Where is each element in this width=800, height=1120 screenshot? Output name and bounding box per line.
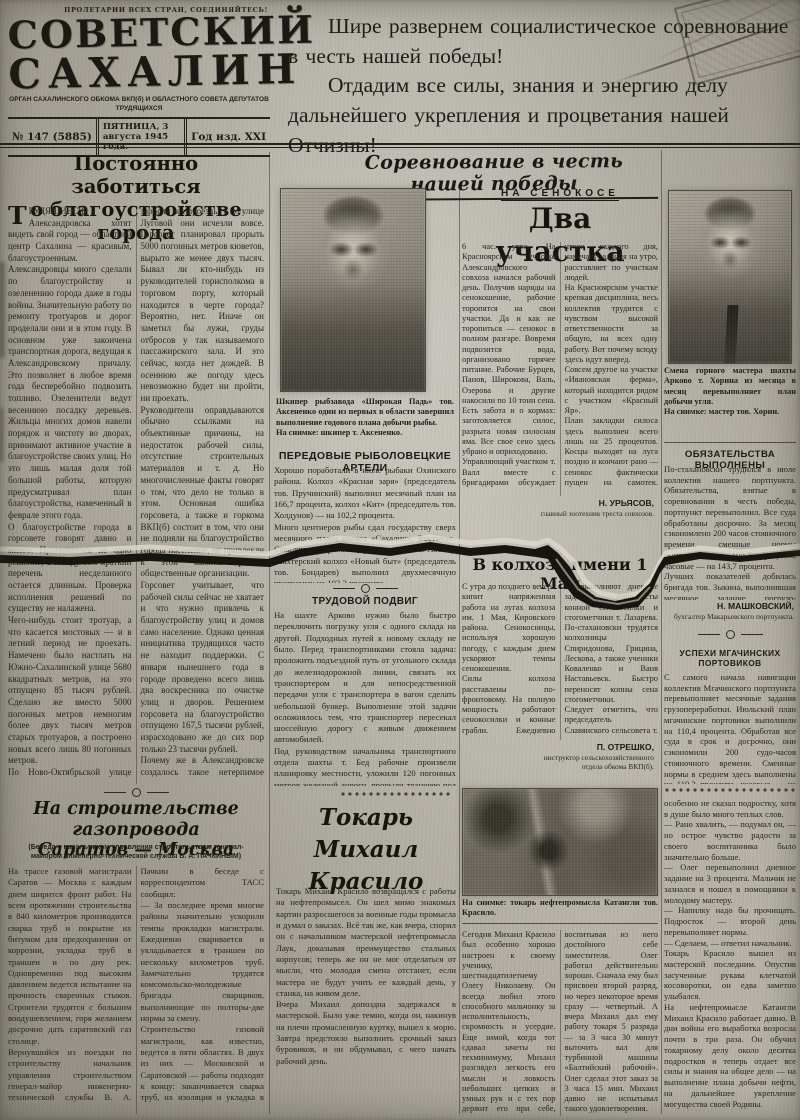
kolkhoz-signature: П. ОТРЕШКО, [462,742,654,752]
edge-smudge [0,262,7,358]
newspaper-nameplate: СОВЕТСКИЙ САХАЛИН [7,11,270,95]
miner-photo-caption: Смена горного мастера шахты Арково т. Хо… [664,366,796,438]
turner-column-a: Токарь Михаил Красило возвращался с рабо… [276,886,456,1116]
issue-date: ПЯТНИЦА, 3 августа 1945 года. [96,119,184,155]
issue-number: № 147 (5885) [8,119,96,155]
kolkhoz-signature-role: инструктор сельскохозяйственного отдела … [462,753,654,772]
column-rule [269,152,270,1114]
wavy-divider [340,792,452,797]
labor-feat-body: На шахте Арково нужно было быстро перекл… [274,610,456,786]
edge-smudge [0,408,5,462]
organ-line: ОРГАН САХАЛИНСКОГО ОБКОМА ВКП(б) И ОБЛАС… [8,96,270,113]
fisherman-portrait-photo [280,188,426,392]
section-divider-ornament [664,630,796,639]
turner-column-d: особенно не сказал подростку, хотя в душ… [664,798,796,1116]
newspaper-page: ПРОЛЕТАРИИ ВСЕХ СТРАН, СОЕДИНЯЙТЕСЬ! СОВ… [0,0,800,1120]
wavy-divider [664,788,796,793]
two-plots-body: 6 час. утра. На Красноярском участке Але… [462,242,658,496]
mgachi-header: УСПЕХИ МГАЧИНСКИХ ПОРТОВИКОВ [664,648,796,668]
lathe-photo-caption: На снимке: токарь нефтепромысла Катангли… [462,898,658,919]
horizontal-rule [664,442,796,443]
section-divider-ornament [8,788,264,797]
necktie-detail [725,305,739,363]
gas-pipeline-body: На трассе газовой магистрали Саратов — М… [8,866,264,1114]
haymaking-kicker: НА СЕНОКОСЕ [462,188,658,199]
horizontal-rule [462,923,658,924]
turner-headline: Токарь Михаил Красило [276,802,456,899]
city-article-body: ТРУДЯЩИЕСЯ Александровска хотят видеть с… [8,206,264,784]
column-rule [459,186,460,1114]
masthead: ПРОЛЕТАРИИ ВСЕХ СТРАН, СОЕДИНЯЙТЕСЬ! СОВ… [8,6,270,157]
column-rule [661,150,662,1114]
turner-columns-bc: Сегодня Михаил Красило был особенно хоро… [462,930,658,1116]
lathe-machinery-photo [462,788,658,896]
nameplate-line2: САХАЛИН [8,49,271,95]
miner-portrait-photo [668,190,792,364]
gas-pipeline-subtitle: (Беседа с начальником управления строите… [14,843,258,862]
fisherman-photo-caption: Шкипер рыбзавода «Широкая Падь» тов. Акс… [276,397,454,445]
edition-year: Год изд. XXI [184,119,270,155]
paper-tear-damage [0,515,800,615]
masthead-divider-rule [0,143,800,148]
mgachi-body: С самого начала навигации коллектив Мгач… [664,672,796,784]
two-plots-signature: Н. УРЬЯСОВ, [462,498,654,508]
